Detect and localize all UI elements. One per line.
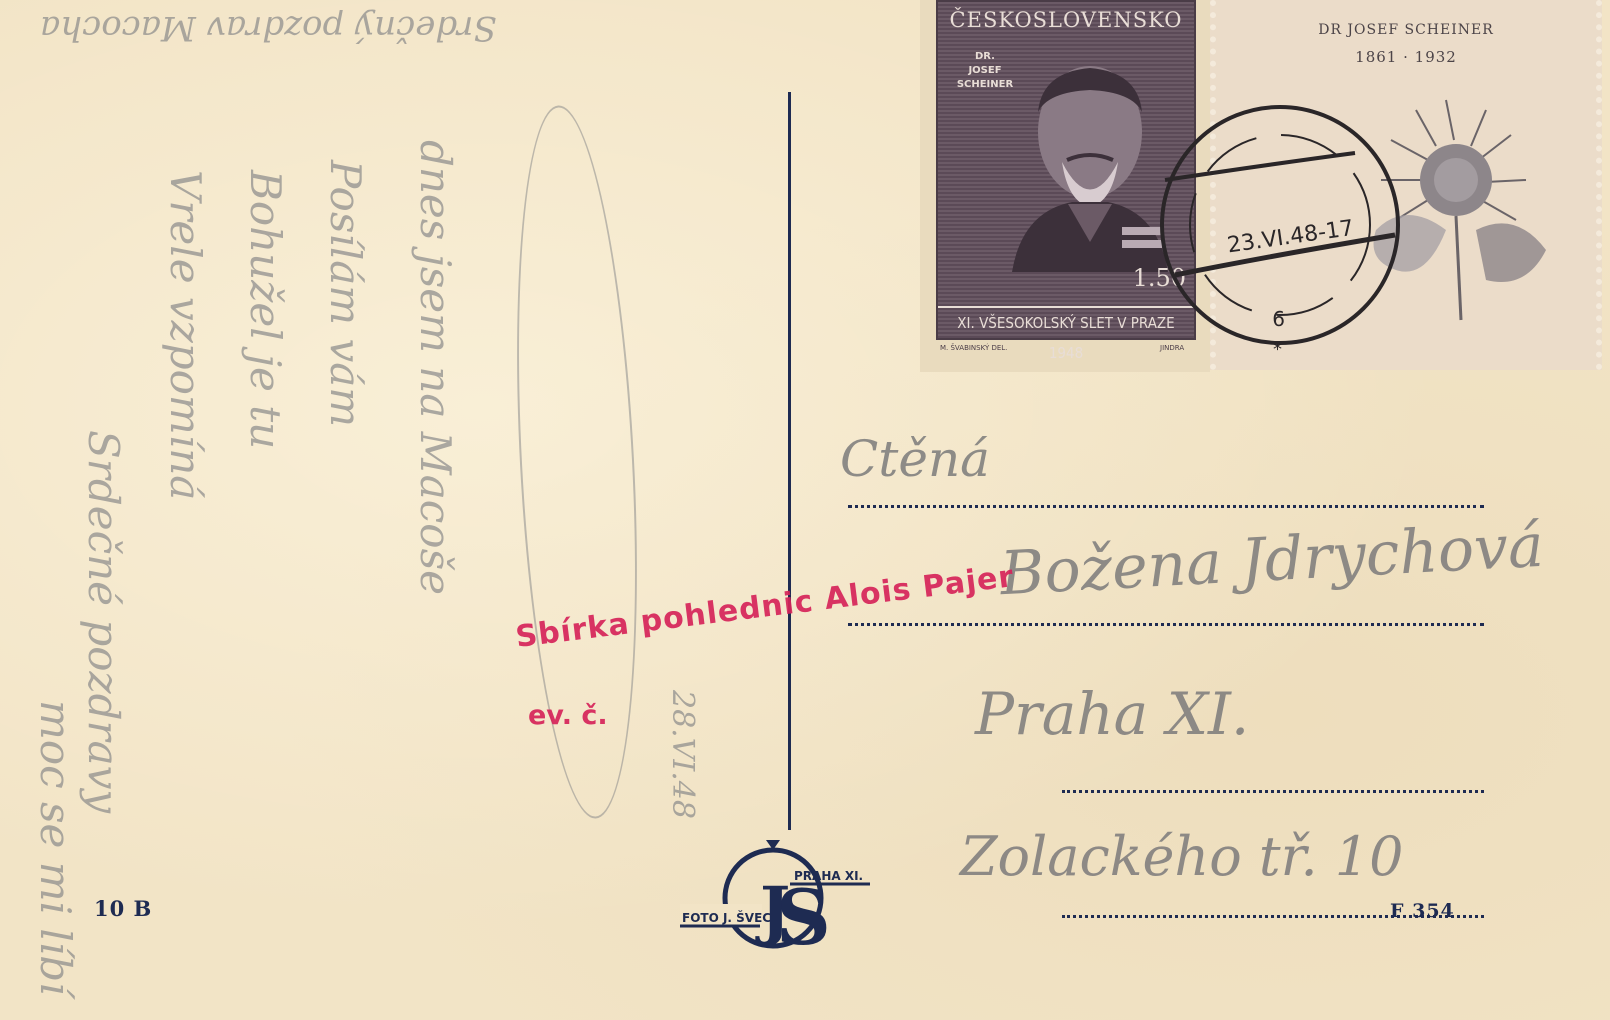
series-code: 10 B [94,896,152,921]
collection-stamp-number: ev. č. [528,700,608,731]
logo-right-text: PRAHA XI. [794,869,863,883]
postmark-code: 9 [1272,306,1285,330]
label-name: DR JOSEF SCHEINER [1216,22,1596,38]
address-line-1 [848,505,1484,508]
address-line-2 [848,623,1484,626]
address-line-3 [1062,790,1484,793]
catalog-number: F 354 [1390,900,1455,922]
logo-monogram-s: S [776,873,831,955]
date-note: 28.VI.48 [665,690,700,819]
address-salutation: Ctěná [840,430,990,488]
postmark-cancel: 23.VI.48-17 9 * [1155,85,1415,365]
center-divider [788,92,791,830]
message-line: Vrele vzpomíná [161,170,210,500]
stamp-country: ČESKOSLOVENSKO [938,8,1194,32]
logo-left-text: FOTO J. ŠVEC [682,910,771,925]
postcard: Srdečné pozdravy Vrele vzpomíná Bohužel … [0,0,1610,1020]
stamp-designer-credit: M. ŠVABINSKÝ DEL. [940,344,1007,352]
label-years: 1861 · 1932 [1216,48,1596,66]
upside-down-note: Srdečný pozdrav Macocha [40,8,497,48]
address-name: Božena Jdrychová [999,511,1546,609]
address-city: Praha XI. [975,680,1249,748]
publisher-logo: J S FOTO J. ŠVEC PRAHA XI. [680,840,890,955]
message-line: Posílám vám [321,160,370,427]
message-line: Srdečné pozdravy [79,430,128,813]
message-line: moc se mi líbí [31,700,80,996]
postmark-symbol: * [1273,339,1282,360]
message-line: dnes jsem na Macoše [411,140,460,595]
message-line: Bohužel je tu [241,170,290,449]
address-street: Zolackého tř. 10 [960,825,1404,888]
